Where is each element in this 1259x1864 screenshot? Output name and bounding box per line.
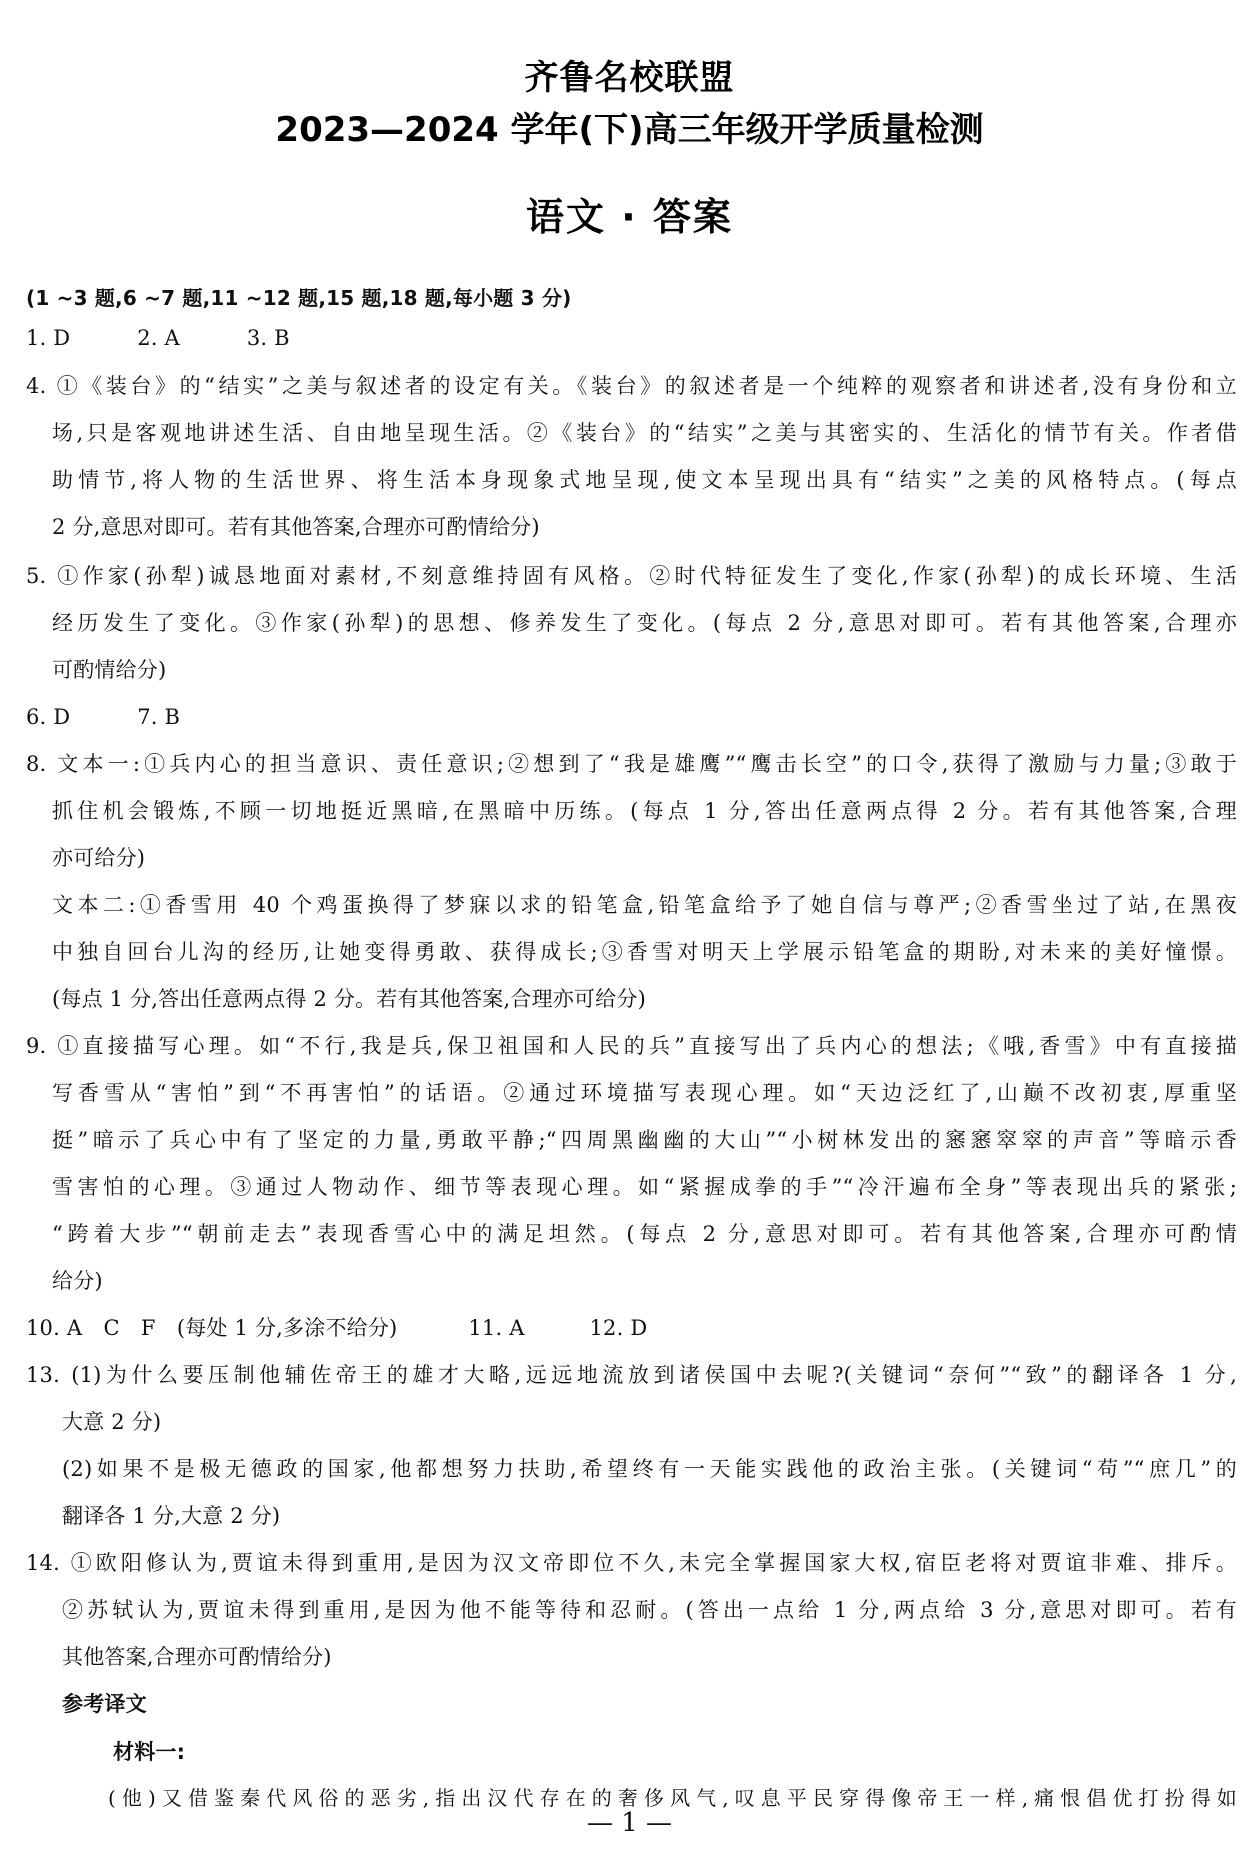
q14-line-1: 14. ①欧阳修认为,贾谊未得到重用,是因为汉文帝即位不久,未完全掌握国家大权,… xyxy=(26,1549,1237,1577)
score-note: (1 ~3 题,6 ~7 题,11 ~12 题,15 题,18 题,每小题 3 … xyxy=(26,284,1237,312)
subject-title: 语文 · 答案 xyxy=(0,186,1259,241)
q9-line-5: “跨着大步”“朝前走去”表现香雪心中的满足坦然。(每点 2 分,意思对即可。若有… xyxy=(52,1220,1237,1248)
answer-6: 6. D xyxy=(26,705,70,729)
q4-line-2: 场,只是客观地讲述生活、自由地呈现生活。②《装台》的“结实”之美与其密实的、生活… xyxy=(52,419,1237,447)
q9-line-2: 写香雪从“害怕”到“不再害怕”的话语。②通过环境描写表现心理。如“天边泛红了,山… xyxy=(52,1079,1237,1107)
q8-line-6: (每点 1 分,答出任意两点得 2 分。若有其他答案,合理亦可给分) xyxy=(52,985,1237,1013)
q9-line-6: 给分) xyxy=(52,1267,1237,1295)
answer-1: 1. D xyxy=(26,326,70,350)
page-number: — 1 — xyxy=(0,1808,1259,1838)
q8-line-4: 文本二:①香雪用 40 个鸡蛋换得了梦寐以求的铅笔盒,铅笔盒给予了她自信与尊严;… xyxy=(52,891,1237,919)
q8-line-3: 亦可给分) xyxy=(52,844,1237,872)
answers-6-7: 6. D 7. B xyxy=(26,703,1237,731)
answer-11: 11. A xyxy=(468,1316,524,1340)
q4-line-4: 2 分,意思对即可。若有其他答案,合理亦可酌情给分) xyxy=(52,513,1237,541)
q5-line-3: 可酌情给分) xyxy=(52,656,1237,684)
q9-line-1: 9. ①直接描写心理。如“不行,我是兵,保卫祖国和人民的兵”直接写出了兵内心的想… xyxy=(26,1032,1237,1060)
q14-line-2: ②苏轼认为,贾谊未得到重用,是因为他不能等待和忍耐。(答出一点给 1 分,两点给… xyxy=(62,1596,1237,1624)
q8-line-5: 中独自回台儿沟的经历,让她变得勇敢、获得成长;③香雪对明天上学展示铅笔盒的期盼,… xyxy=(52,938,1237,966)
answers-1-3: 1. D 2. A 3. B xyxy=(26,324,1237,352)
answer-sheet-page: 齐鲁名校联盟 2023—2024 学年(下)高三年级开学质量检测 语文 · 答案… xyxy=(0,0,1259,1864)
org-title: 齐鲁名校联盟 xyxy=(0,50,1259,99)
material-one-label: 材料一: xyxy=(113,1738,1237,1766)
q4-line-1: 4. ①《装台》的“结实”之美与叙述者的设定有关。《装台》的叙述者是一个纯粹的观… xyxy=(26,372,1237,400)
q4-line-3: 助情节,将人物的生活世界、将生活本身现象式地呈现,使文本呈现出具有“结实”之美的… xyxy=(52,466,1237,494)
answer-3: 3. B xyxy=(247,326,290,350)
answer-10: 10. A C F (每处 1 分,多涂不给分) xyxy=(26,1316,397,1340)
q5-line-1: 5. ①作家(孙犁)诚恳地面对素材,不刻意维持固有风格。②时代特征发生了变化,作… xyxy=(26,562,1237,590)
q5-line-2: 经历发生了变化。③作家(孙犁)的思想、修养发生了变化。(每点 2 分,意思对即可… xyxy=(52,609,1237,637)
q9-line-4: 雪害怕的心理。③通过人物动作、细节等表现心理。如“紧握成拳的手”“冷汗遍布全身”… xyxy=(52,1173,1237,1201)
exam-title: 2023—2024 学年(下)高三年级开学质量检测 xyxy=(0,102,1259,151)
q8-line-1: 8. 文本一:①兵内心的担当意识、责任意识;②想到了“我是雄鹰”“鹰击长空”的口… xyxy=(26,750,1237,778)
q8-line-2: 抓住机会锻炼,不顾一切地挺近黑暗,在黑暗中历练。(每点 1 分,答出任意两点得 … xyxy=(52,797,1237,825)
q13-line-4: 翻译各 1 分,大意 2 分) xyxy=(62,1502,1237,1530)
q13-line-3: (2)如果不是极无德政的国家,他都想努力扶助,希望终有一天能实践他的政治主张。(… xyxy=(62,1455,1237,1483)
answer-12: 12. D xyxy=(589,1316,647,1340)
answer-2: 2. A xyxy=(137,326,180,350)
translation-heading: 参考译文 xyxy=(62,1690,1237,1718)
answers-10-12: 10. A C F (每处 1 分,多涂不给分) 11. A 12. D xyxy=(26,1314,1237,1342)
q14-line-3: 其他答案,合理亦可酌情给分) xyxy=(62,1643,1237,1671)
q13-line-2: 大意 2 分) xyxy=(62,1408,1237,1436)
q13-line-1: 13. (1)为什么要压制他辅佐帝王的雄才大略,远远地流放到诸侯国中去呢?(关键… xyxy=(26,1361,1237,1389)
q9-line-3: 挺”暗示了兵心中有了坚定的力量,勇敢平静;“四周黑幽幽的大山”“小树林发出的窸窸… xyxy=(52,1126,1237,1154)
answer-7: 7. B xyxy=(137,705,180,729)
